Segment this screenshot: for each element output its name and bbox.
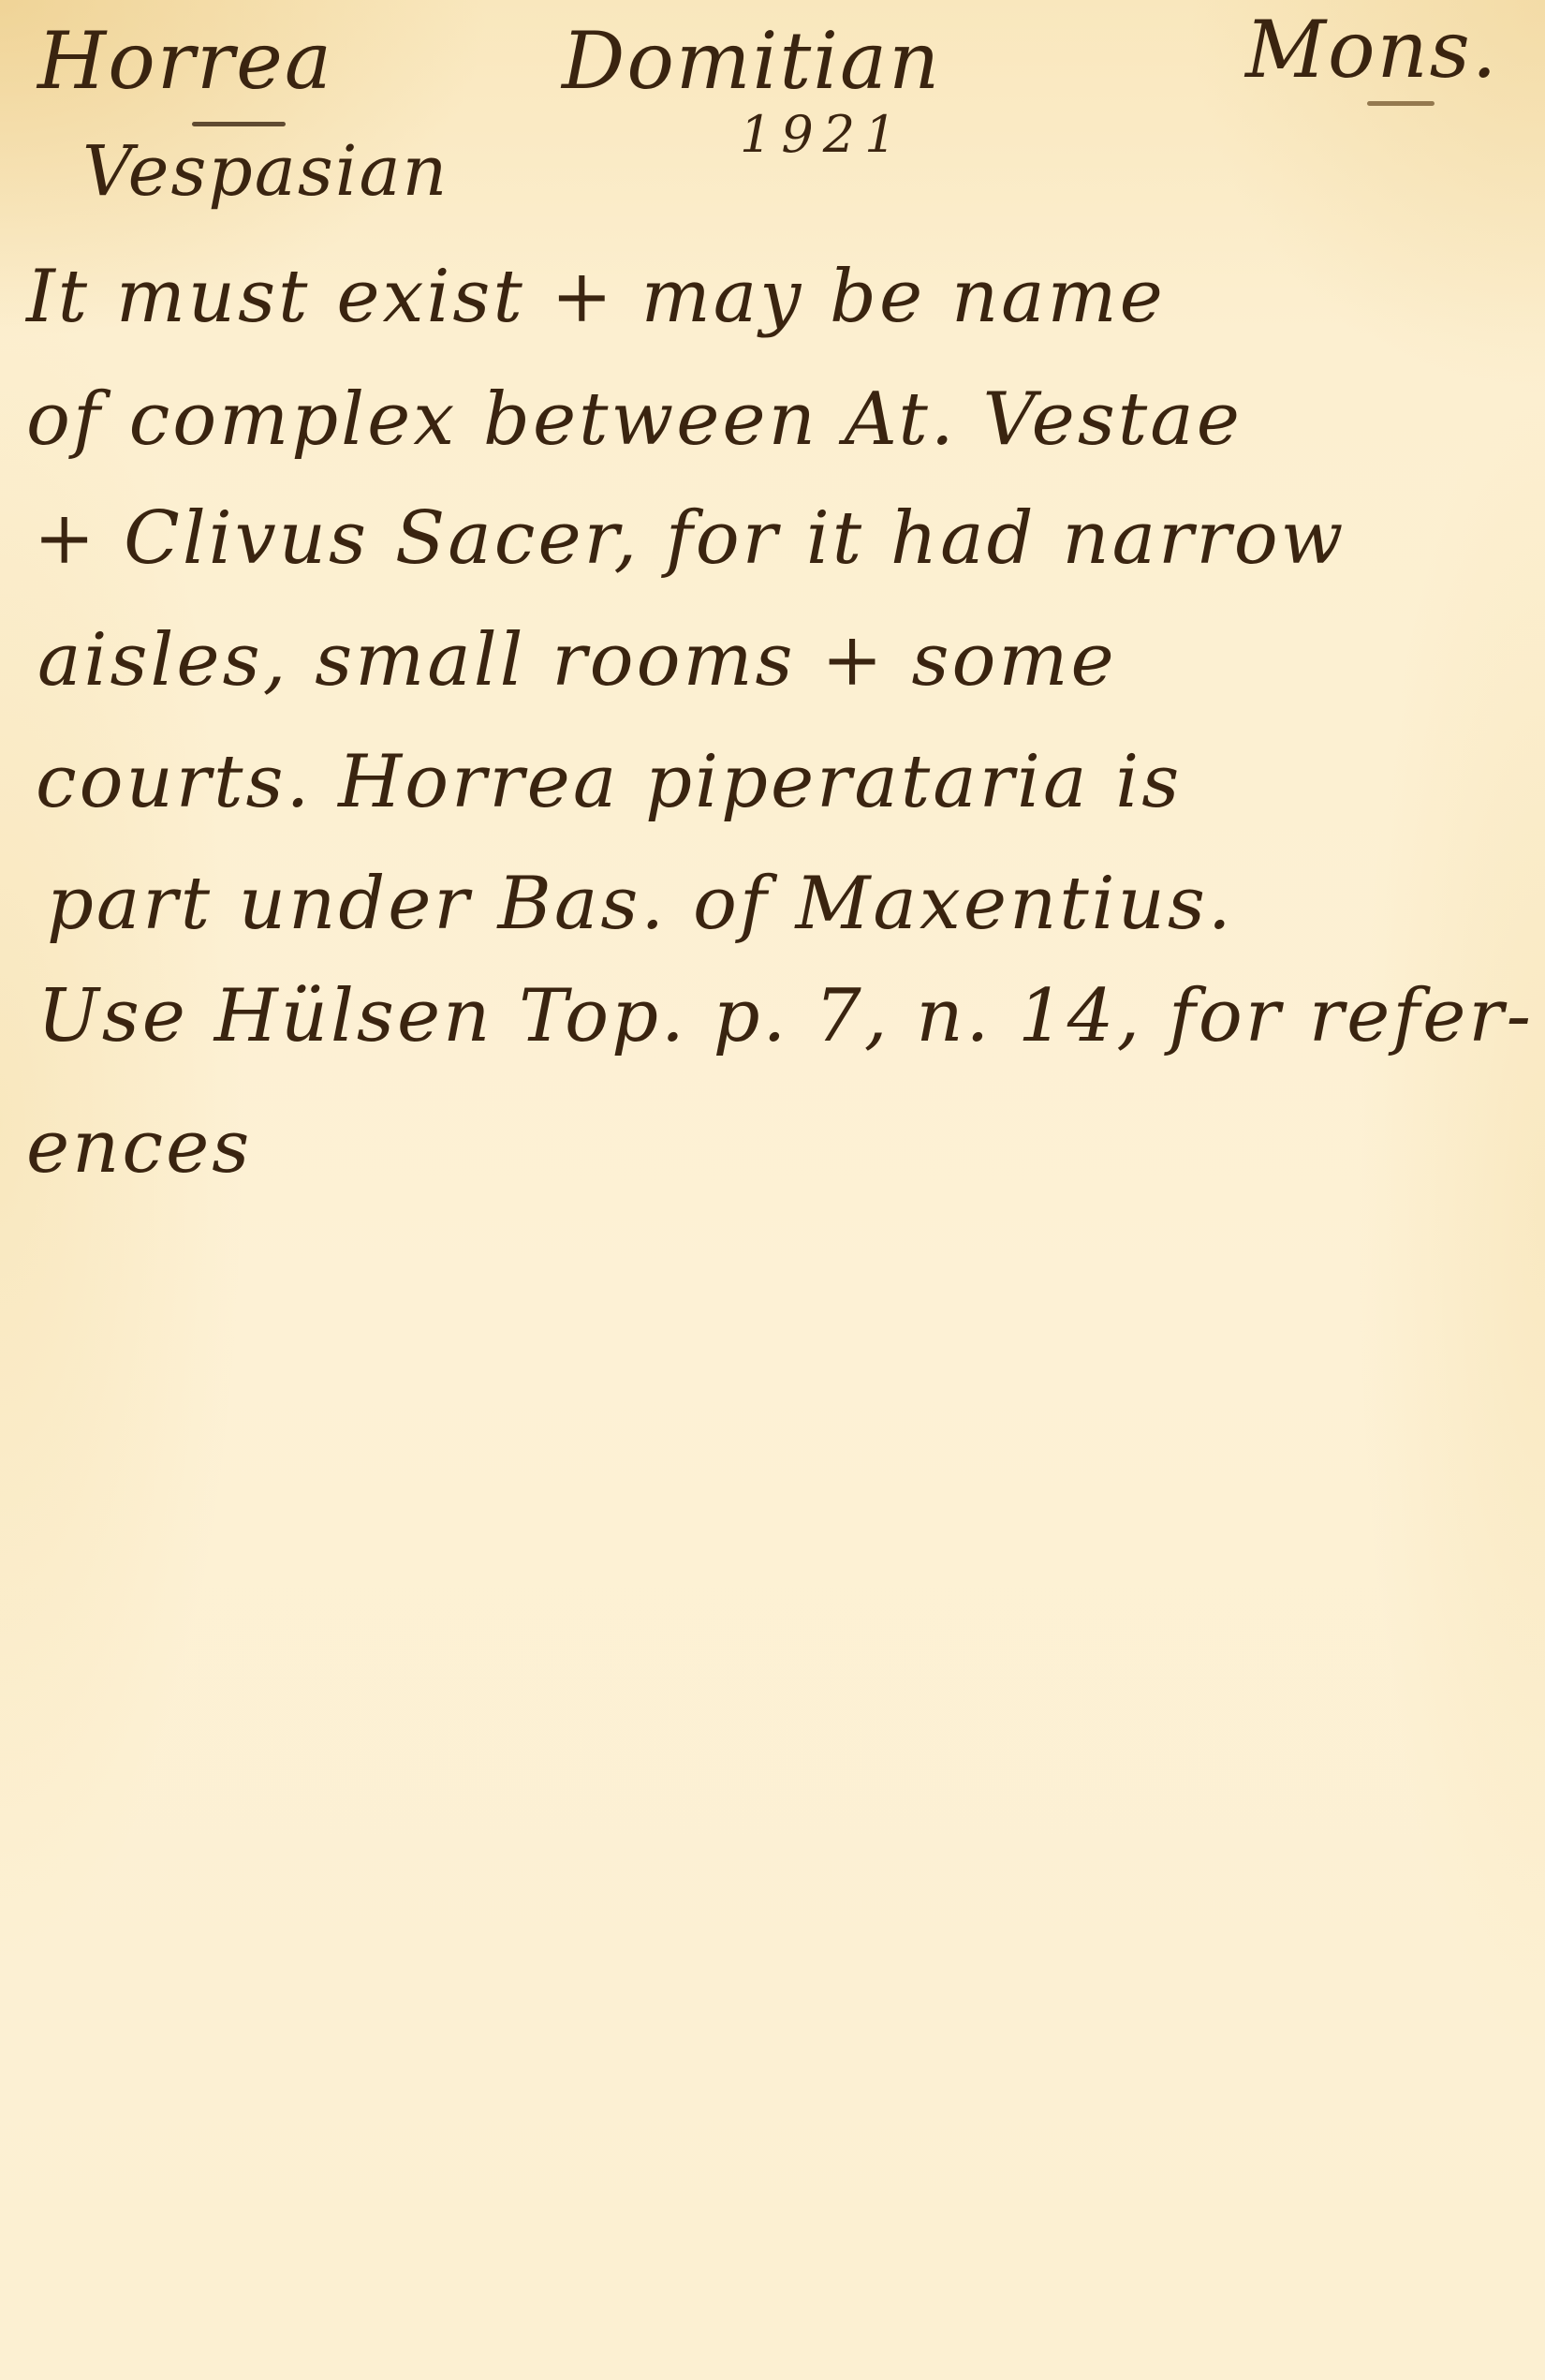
heading-location: Mons. — [1245, 4, 1499, 96]
heading-emperor: Domitian — [562, 15, 941, 107]
location-underline-mark — [1367, 101, 1435, 106]
subheading-overline-mark — [192, 122, 286, 126]
note-line: courts. Horrea piperataria is — [36, 740, 1182, 824]
note-line: ences — [26, 1105, 252, 1190]
subheading-emperor: Vespasian — [82, 131, 449, 212]
handwritten-note-card: Horrea Domitian Mons. 1921 Vespasian It … — [0, 0, 1545, 2380]
heading-subject: Horrea — [37, 15, 333, 107]
note-line: aisles, small rooms + some — [37, 618, 1117, 702]
note-line: Use Hülsen Top. p. 7, n. 14, for refer- — [37, 974, 1534, 1058]
note-line: of complex between At. Vestae — [26, 377, 1243, 462]
note-line: It must exist + may be name — [26, 255, 1166, 339]
heading-year: 1921 — [740, 105, 905, 164]
note-line: part under Bas. of Maxentius. — [47, 862, 1234, 946]
note-line: + Clivus Sacer, for it had narrow — [34, 496, 1346, 581]
